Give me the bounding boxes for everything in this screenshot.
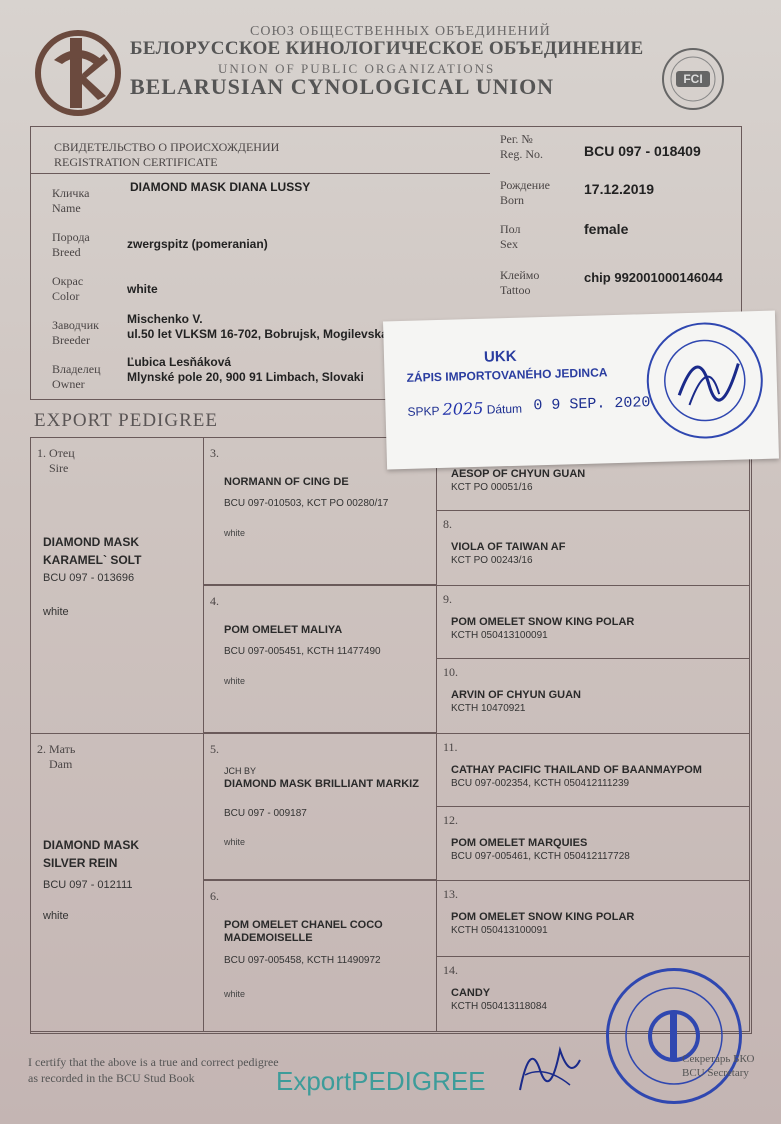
born-value: 17.12.2019 (584, 182, 654, 197)
ancestor-cell: 6. POM OMELET CHANEL COCO MADEMOISELLE B… (203, 880, 437, 1032)
color-label: ОкрасColor (52, 274, 83, 304)
sex-value: female (584, 222, 628, 237)
breed-value: zwergspitz (pomeranian) (127, 237, 268, 252)
bcu-secretary: Секретарь БКОBCU Secretary (682, 1052, 755, 1080)
pedigree-document: СОЮЗ ОБЩЕСТВЕННЫХ ОБЪЕДИНЕНИЙ БЕЛОРУССКО… (0, 0, 781, 1124)
svg-text:FCI: FCI (683, 72, 702, 86)
reg-no-value: BCU 097 - 018409 (584, 144, 701, 159)
ancestor-cell: 10. ARVIN OF CHYUN GUAN KCTH 10470921 (436, 658, 750, 734)
owner-value: Ľubica LesňákováMlynské pole 20, 900 91 … (127, 355, 364, 385)
owner-label: ВладелецOwner (52, 362, 101, 392)
dam-cell: 2. МатьDam DIAMOND MASKSILVER REIN BCU 0… (30, 733, 204, 1032)
sire-cell: 1. ОтецSire DIAMOND MASKKARAMEL` SOLT BC… (30, 437, 204, 734)
breed-label: ПородаBreed (52, 230, 90, 260)
reg-no-label: Рег. №Reg. No. (500, 132, 543, 162)
breeder-label: ЗаводчикBreeder (52, 318, 99, 348)
header-org-en: BELARUSIAN CYNOLOGICAL UNION (130, 74, 554, 100)
signature-icon (510, 1030, 590, 1100)
ancestor-cell: 12. POM OMELET MARQUIES BCU 097-005461, … (436, 806, 750, 881)
header-org-ru: БЕЛОРУССКОЕ КИНОЛОГИЧЕСКОЕ ОБЪЕДИНЕНИЕ (130, 38, 644, 60)
bcu-monogram-icon (34, 30, 122, 116)
export-pedigree-logo: ExportPEDIGREE (276, 1066, 486, 1097)
ancestor-cell: 9. POM OMELET SNOW KING POLAR KCTH 05041… (436, 585, 750, 659)
color-value: white (127, 282, 158, 297)
ancestor-cell: 5. JCH BY DIAMOND MASK BRILLIANT MARKIZ … (203, 733, 437, 880)
name-value: DIAMOND MASK DIANA LUSSY (130, 180, 310, 195)
tattoo-label: КлеймоTattoo (500, 268, 539, 298)
sex-label: ПолSex (500, 222, 521, 252)
slovak-studbook-round-stamp (645, 321, 764, 440)
fci-logo-icon: FCI (660, 46, 726, 112)
export-pedigree-title: EXPORT PEDIGREE (34, 410, 218, 432)
born-label: РождениеBorn (500, 178, 550, 208)
name-label: КличкаName (52, 186, 89, 216)
certification-statement: I certify that the above is a true and c… (28, 1054, 279, 1086)
cert-title: СВИДЕТЕЛЬСТВО О ПРОИСХОЖДЕНИИREGISTRATIO… (54, 140, 279, 170)
ancestor-cell: 8. VIOLA OF TAIWAN AF KCT PO 00243/16 (436, 510, 750, 586)
ancestor-cell: 4. POM OMELET MALIYA BCU 097-005451, KCT… (203, 585, 437, 733)
bcu-seal (606, 968, 742, 1104)
ukk-import-stamp: UKK ZÁPIS IMPORTOVANÉHO JEDINCA SPKP 202… (383, 311, 779, 470)
ancestor-cell: 13. POM OMELET SNOW KING POLAR KCTH 0504… (436, 880, 750, 957)
ancestor-cell: 11. CATHAY PACIFIC THAILAND OF BAANMAYPO… (436, 733, 750, 807)
tattoo-value: chip 992001000146044 (584, 270, 723, 285)
